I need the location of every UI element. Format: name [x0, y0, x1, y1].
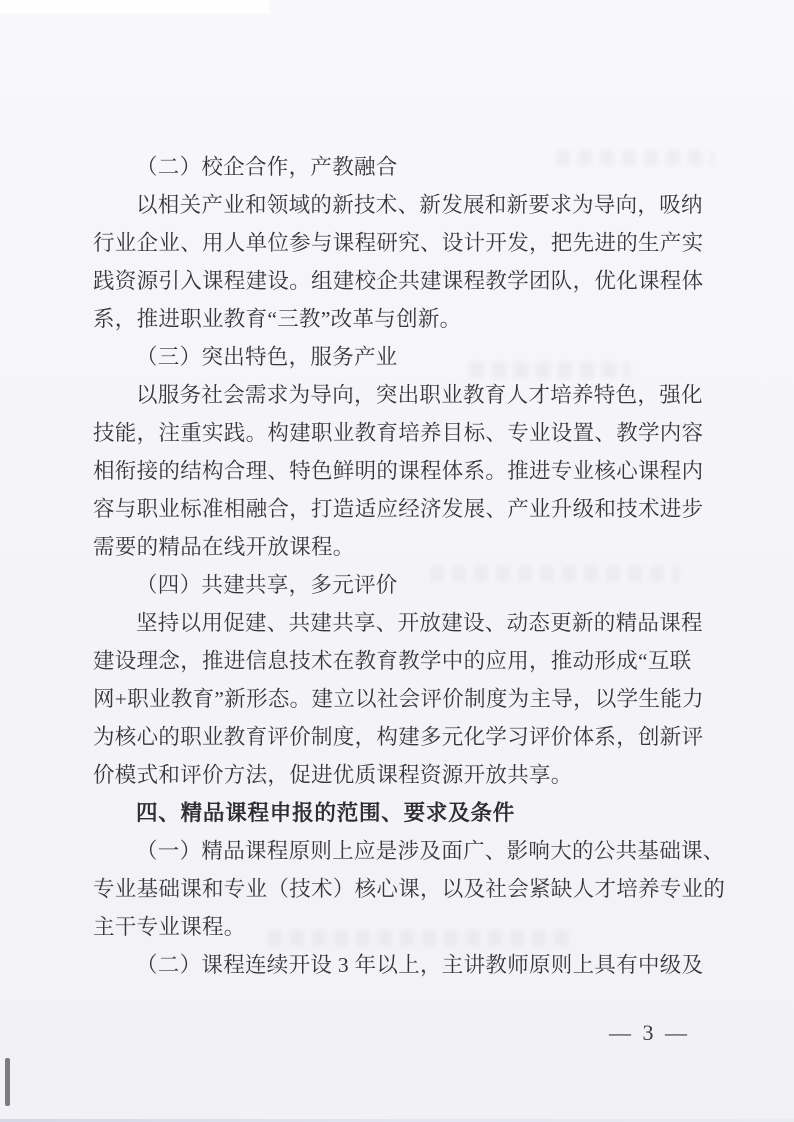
text-line: （一）精品课程原则上应是涉及面广、影响大的公共基础课、	[93, 832, 717, 870]
text-line: 行业企业、用人单位参与课程研究、设计开发，把先进的生产实	[93, 224, 717, 262]
text-line: 价模式和评价方法，促进优质课程资源开放共享。	[93, 756, 717, 794]
text-line: 系，推进职业教育“三教”改革与创新。	[93, 300, 717, 338]
subsection-heading-line: （二）校企合作，产教融合	[93, 148, 717, 186]
text-line: 容与职业标准相融合，打造适应经济发展、产业升级和技术进步	[93, 490, 717, 528]
text-line: 相衔接的结构合理、特色鲜明的课程体系。推进专业核心课程内	[93, 452, 717, 490]
text-line: 以服务社会需求为导向，突出职业教育人才培养特色，强化	[93, 376, 717, 414]
text-line: 为核心的职业教育评价制度，构建多元化学习评价体系，创新评	[93, 718, 717, 756]
text-line: 坚持以用促建、共建共享、开放建设、动态更新的精品课程	[93, 604, 717, 642]
text-line: 需要的精品在线开放课程。	[93, 528, 717, 566]
scan-edge-artifact	[0, 0, 270, 14]
text-line: 践资源引入课程建设。组建校企共建课程教学团队，优化课程体	[93, 262, 717, 300]
page-number: — 3 —	[609, 1020, 690, 1046]
scanned-document-page: （二）校企合作，产教融合以相关产业和领域的新技术、新发展和新要求为导向，吸纳行业…	[0, 0, 794, 1122]
text-line: 网+职业教育”新形态。建立以社会评价制度为主导，以学生能力	[93, 680, 717, 718]
text-line: 专业基础课和专业（技术）核心课，以及社会紧缺人才培养专业的	[93, 870, 717, 908]
subsection-heading-line: （四）共建共享，多元评价	[93, 566, 717, 604]
text-line: （二）课程连续开设 3 年以上，主讲教师原则上具有中级及	[93, 946, 717, 984]
text-line: 以相关产业和领域的新技术、新发展和新要求为导向，吸纳	[93, 186, 717, 224]
section-heading-line: 四、精品课程申报的范围、要求及条件	[93, 794, 717, 832]
text-line: 技能，注重实践。构建职业教育培养目标、专业设置、教学内容	[93, 414, 717, 452]
text-line: 建设理念，推进信息技术在教育教学中的应用，推动形成“互联	[93, 642, 717, 680]
text-line: 主干专业课程。	[93, 908, 717, 946]
document-body: （二）校企合作，产教融合以相关产业和领域的新技术、新发展和新要求为导向，吸纳行业…	[93, 148, 717, 984]
subsection-heading-line: （三）突出特色，服务产业	[93, 338, 717, 376]
scan-edge-artifact	[5, 1058, 10, 1106]
